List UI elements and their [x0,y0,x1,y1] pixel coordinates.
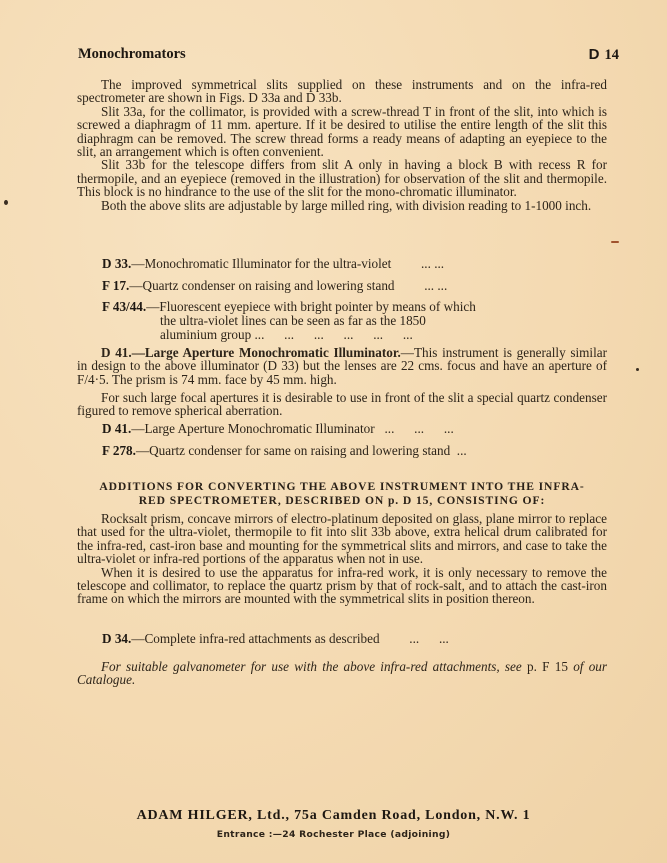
d41-description: D 41.—Large Aperture Monochromatic Illum… [77,346,607,386]
price-leader: ... ... [424,278,447,293]
price-leader: ... ... ... [385,421,454,436]
paragraph: For such large focal apertures it is des… [77,391,607,418]
page-speck [4,200,8,205]
item-code: F 17. [102,278,129,293]
intro-text: The improved symmetrical slits supplied … [77,78,607,212]
catalogue-reference[interactable]: p. F 15 [522,659,568,674]
page-num: 14 [605,47,620,63]
catalogue-item-f43-44: F 43/44.—Fluorescent eyepiece with brigh… [102,300,492,342]
catalogue-item-d33: D 33.—Monochromatic Illuminator for the … [102,257,444,271]
focal-note: For such large focal apertures it is des… [77,391,607,418]
item-desc-continued: the ultra-violet lines can be seen as fa… [102,314,492,328]
ink-mark [611,241,619,243]
paragraph: For suitable galvanometer for use with t… [77,660,607,687]
item-desc: —Quartz condenser on raising and lowerin… [129,278,394,293]
paragraph: When it is desired to use the apparatus … [77,566,607,606]
running-head: Monochromators D 14 [78,46,625,66]
paragraph: Rocksalt prism, concave mirrors of elect… [77,512,607,566]
price-leader: ... ... [421,256,444,271]
heading-line: RED SPECTROMETER, DESCRIBED ON p. D 15, … [77,494,607,508]
item-code: D 33. [102,256,131,271]
catalogue-item-d34: D 34.—Complete infra-red attachments as … [102,632,449,646]
paragraph: The improved symmetrical slits supplied … [77,78,607,105]
note-italic: For suitable galvanometer for use with t… [101,659,522,674]
paragraph: D 41.—Large Aperture Monochromatic Illum… [77,346,607,386]
item-code: D 41. [102,421,131,436]
page-prefix: D [589,46,600,63]
item-code: F 278. [102,443,136,458]
section-heading: ADDITIONS FOR CONVERTING THE ABOVE INSTR… [77,480,607,507]
price-leader: ... ... [409,631,449,646]
galvanometer-note: For suitable galvanometer for use with t… [77,660,607,687]
paragraph: Both the above slits are adjustable by l… [77,199,607,212]
heading-line: ADDITIONS FOR CONVERTING THE ABOVE INSTR… [77,480,607,494]
item-code: D 34. [102,631,131,646]
paragraph: Slit 33a, for the collimator, is provide… [77,105,607,159]
catalogue-item-d41: D 41.—Large Aperture Monochromatic Illum… [102,422,454,436]
item-code: F 43/44. [102,299,146,314]
catalogue-item-f17: F 17.—Quartz condenser on raising and lo… [102,279,447,293]
item-desc: —Large Aperture Monochromatic Illuminato… [131,421,374,436]
section-title: Monochromators [78,46,186,63]
catalogue-item-f278: F 278.—Quartz condenser for same on rais… [102,444,467,458]
catalogue-page: Monochromators D 14 The improved symmetr… [0,0,667,863]
price-leader: ... [457,443,467,458]
item-desc: —Monochromatic Illuminator for the ultra… [131,256,391,271]
entrance-note: Entrance :—24 Rochester Place (adjoining… [0,829,667,840]
item-desc-continued: aluminium group ... ... ... ... ... ... [102,328,492,342]
publisher-address: ADAM HILGER, Ltd., 75a Camden Road, Lond… [0,808,667,824]
additions-text: Rocksalt prism, concave mirrors of elect… [77,512,607,606]
item-desc: —Complete infra-red attachments as descr… [131,631,379,646]
paragraph: Slit 33b for the telescope differs from … [77,158,607,198]
item-desc: —Fluorescent eyepiece with bright pointe… [146,299,476,314]
page-speck [636,368,639,371]
item-desc: —Quartz condenser for same on raising an… [136,443,450,458]
page-number: D 14 [589,46,619,64]
